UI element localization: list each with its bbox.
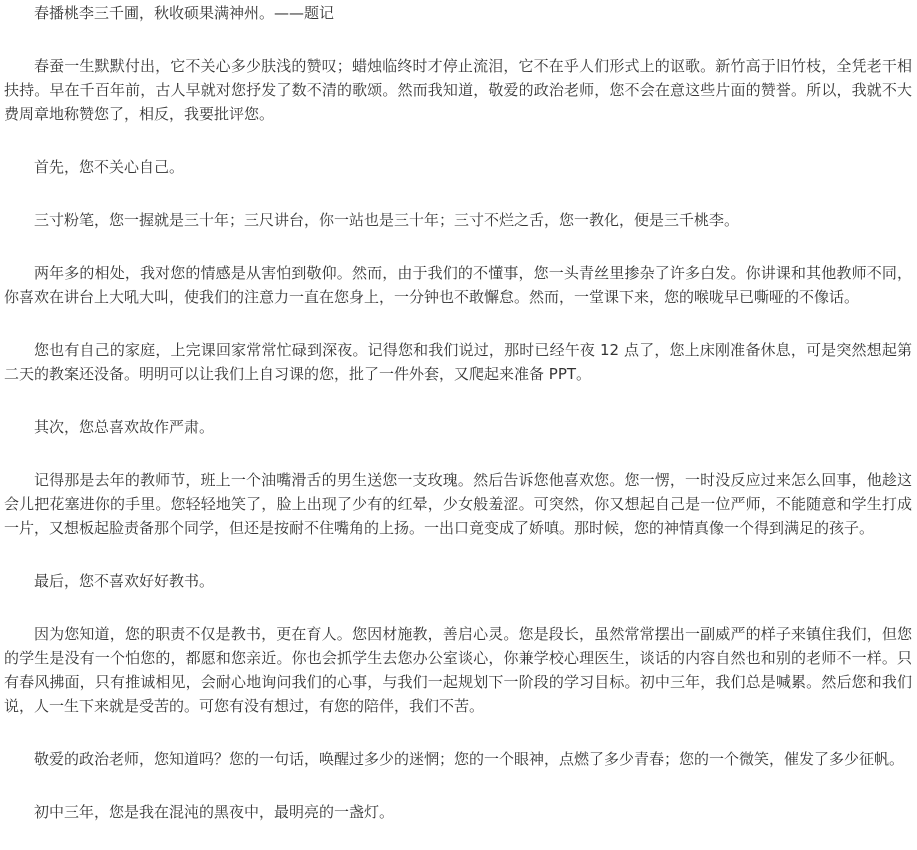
paragraph-point2-heading: 其次，您总喜欢故作严肃。 <box>4 415 912 439</box>
paragraph-point1-heading: 首先，您不关心自己。 <box>4 155 912 179</box>
paragraph-point1-body2: 两年多的相处，我对您的情感是从害怕到敬仰。然而，由于我们的不懂事，您一头青丝里掺… <box>4 261 912 309</box>
paragraph-point1-body1: 三寸粉笔，您一握就是三十年；三尺讲台，你一站也是三十年；三寸不烂之舌，您一教化，… <box>4 208 912 232</box>
epigraph-line: 春播桃李三千圃，秋收硕果满神州。——题记 <box>4 1 912 25</box>
essay-document: 春播桃李三千圃，秋收硕果满神州。——题记 春蚕一生默默付出，它不关心多少肤浅的赞… <box>0 0 917 824</box>
paragraph-point3-body: 因为您知道，您的职责不仅是教书，更在育人。您因材施教，善启心灵。您是段长，虽然常… <box>4 622 912 718</box>
paragraph-point1-body3: 您也有自己的家庭，上完课回家常常忙碌到深夜。记得您和我们说过，那时已经午夜 12… <box>4 338 912 386</box>
paragraph-point2-body: 记得那是去年的教师节，班上一个油嘴滑舌的男生送您一支玫瑰。然后告诉您他喜欢您。您… <box>4 468 912 540</box>
paragraph-closing2: 初中三年，您是我在混沌的黑夜中，最明亮的一盏灯。 <box>4 800 912 824</box>
paragraph-intro: 春蚕一生默默付出，它不关心多少肤浅的赞叹；蜡烛临终时才停止流泪，它不在乎人们形式… <box>4 54 912 126</box>
paragraph-point3-heading: 最后，您不喜欢好好教书。 <box>4 569 912 593</box>
paragraph-closing1: 敬爱的政治老师，您知道吗？您的一句话，唤醒过多少的迷惘；您的一个眼神，点燃了多少… <box>4 747 912 771</box>
